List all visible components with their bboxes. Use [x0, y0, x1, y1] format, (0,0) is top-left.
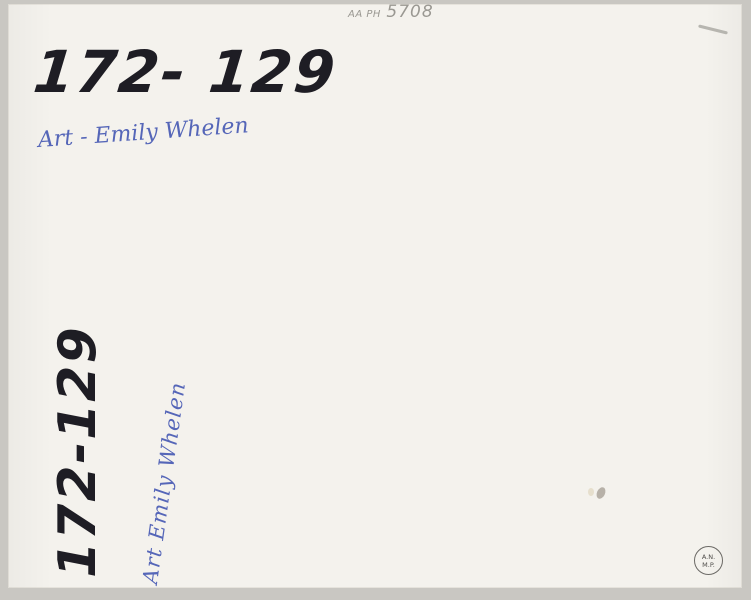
- stamp-line-1: A.N.: [702, 553, 715, 561]
- marker-catalog-number: 172- 129: [30, 38, 340, 106]
- vertical-marker-catalog-number: 172-129: [48, 325, 108, 578]
- paper-stain-light: [588, 488, 594, 496]
- pencil-reference-digits: 5708: [386, 2, 433, 22]
- pencil-reference-prefix: AA PH: [348, 9, 381, 20]
- stamp-line-2: M.P.: [702, 561, 715, 569]
- pencil-reference-number: AA PH 5708: [348, 2, 434, 22]
- collection-stamp: A.N. M.P.: [694, 546, 723, 575]
